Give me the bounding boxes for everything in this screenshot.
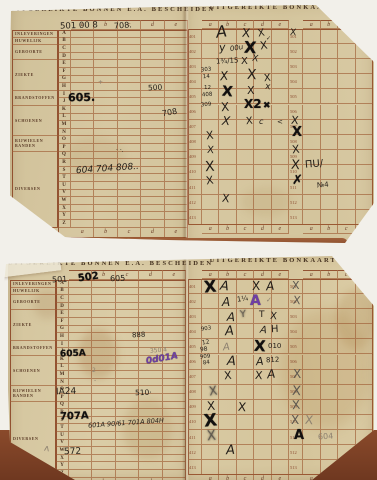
handwritten-mark: ʌ [43,445,50,455]
handwritten-mark: X [254,339,266,355]
handwritten-mark: A [227,311,236,323]
handwritten-mark: A [225,325,235,339]
handwritten-mark: 1¼ [237,295,249,303]
handwritten-mark: x [264,83,271,93]
handwritten-mark: X [207,146,215,156]
handwritten-mark: X [290,29,297,39]
handwritten-mark: X [219,70,228,83]
handwritten-mark: 604 [318,432,334,441]
handwriting-layer: 501 00 8708.+500605.708· ·.604 704 808..… [10,2,188,250]
handwritten-mark: X [291,159,301,173]
handwritten-mark: X [270,312,278,323]
handwritten-mark: X [247,68,257,82]
handwritten-mark: T [259,311,265,320]
column-header-cell: d [356,270,374,279]
bottom-card-spread: UITGEREIKTE BONNEN E.A. BESCHEIDEN abcde… [4,254,374,480]
column-header-cell: c [338,20,356,29]
handwritten-mark: 84 [203,361,211,367]
handwritten-mark: X [291,414,299,426]
handwritten-mark: 572 [64,448,81,458]
handwritten-mark: IA24 [56,388,77,398]
handwritten-mark: y [219,42,226,54]
bottom-left-page-bonnen: UITGEREIKTE BONNEN E.A. BESCHEIDEN abcde… [8,254,188,480]
handwritten-mark: 309 [201,102,212,109]
handwritten-mark: A [219,280,229,294]
handwritten-mark: X [241,57,248,67]
handwritten-mark: X [255,370,263,381]
handwritten-mark: c [259,118,263,126]
handwritten-mark: X [203,278,217,295]
bottom-right-page-bonkaarten: UITGEREIKTE BONKAARTEN abcdeabcd40150140… [186,254,374,480]
handwritten-mark: X [206,430,216,444]
handwritten-mark: X [247,85,255,96]
handwritten-mark: Y [240,310,247,320]
handwritten-mark: < [277,119,283,126]
handwritten-mark: 708. [114,21,132,30]
top-right-page-bonkaarten: UITGEREIKTE BONKAARTEN abcdeabcd40150140… [186,2,374,250]
handwritten-mark: 408 [202,93,213,99]
handwritten-mark: 010 [268,343,281,350]
handwritten-mark: H [271,325,279,335]
handwritten-mark: X [292,399,301,412]
footer-letter-cell: d [356,225,374,234]
handwritten-mark: X [292,385,302,398]
handwritten-mark: 812 [266,357,280,365]
handwritten-mark: 502 [77,272,99,285]
handwritten-mark: X [224,370,232,382]
scanned-document: { "titles": { "bonnen": "UITGEREIKTE BON… [0,0,377,480]
handwritten-mark: 12 [204,86,211,92]
handwritten-mark: ✓ [266,297,272,304]
handwritten-mark: X [222,115,231,127]
handwritten-mark: X [205,130,214,142]
handwritten-mark: 708 [161,108,177,119]
handwritten-mark: X [237,401,246,414]
handwritten-mark: A [222,343,230,354]
handwriting-layer: AXX✓Xy00uXX1¾/15XX30314XXX12408XXx309XX2… [186,2,374,250]
handwriting-layer: XAXAXA1¼A✓XAYTX903AAH1298AX01090984AA812… [186,254,374,480]
handwritten-mark: A [294,429,304,442]
handwritten-mark: A [259,326,267,337]
handwritten-mark: X [259,40,268,52]
handwritten-mark: X [205,160,215,174]
handwritten-mark: №4 [317,182,329,190]
handwritten-mark: 501 [52,276,68,285]
handwritten-mark: X [251,55,259,65]
handwritten-mark: X [221,85,233,100]
handwritten-mark: · ·. [116,148,124,154]
handwritten-mark: X [292,280,300,291]
handwritten-mark: A [222,296,230,308]
handwritten-mark: 510· [135,389,152,397]
handwritten-mark: X [221,101,230,114]
handwritten-mark: X [252,280,260,292]
top-left-page-bonnen: UITGEREIKTE BONNEN E.A. BESCHEIDEN abcde… [10,2,188,250]
grid-cell [356,29,374,44]
handwritten-mark: 903 [201,326,212,333]
handwritten-mark: A [250,294,261,308]
handwritten-mark: · [156,180,158,185]
handwritten-mark: ✖ [263,102,271,111]
handwritten-mark: X [293,295,301,307]
handwritten-mark: X [304,414,313,427]
handwritten-mark: 501 00 8 [60,21,98,31]
handwritten-mark: 601A 90/61 701A 804H [88,417,164,429]
handwritten-mark: 00u [229,44,243,53]
handwritten-mark: 605. [68,92,95,103]
handwritten-mark: X [208,384,218,397]
handwritten-mark: X2 [244,98,262,110]
handwritten-mark: X [221,193,230,205]
handwritten-mark: 500 [148,84,163,92]
handwritten-mark: ΠU/ [305,159,324,171]
handwritten-mark: A [266,368,275,381]
handwritten-mark: 707A [60,412,89,423]
handwritten-mark: - [94,378,96,384]
handwritten-mark: A [227,355,236,368]
handwritten-mark: X [203,412,218,430]
handwritten-mark: A [226,444,236,457]
top-card-spread: UITGEREIKTE BONNEN E.A. BESCHEIDEN abcde… [8,2,374,250]
handwritten-mark: 605A [60,350,86,360]
handwritten-mark: ✗ [292,174,303,187]
handwritten-mark: A [215,23,228,40]
handwritten-mark: 605 [110,275,126,284]
handwritten-mark: + [98,80,103,86]
handwritten-mark: A [265,280,274,293]
handwritten-mark: 888 [132,332,146,340]
handwritten-mark: X [246,117,254,128]
handwritten-mark: A [256,356,264,367]
handwritten-mark: 14 [203,75,210,81]
handwritten-mark: 2 [92,368,96,374]
handwritten-mark: X [292,126,302,139]
handwritten-mark: 1¾/15 [216,57,239,65]
handwritten-mark: 604 704 808.. [76,163,139,176]
handwriting-layer: 501502605888350 40d01A605A2-IA24510·707A… [8,254,188,480]
handwritten-mark: X [291,144,300,156]
handwritten-mark: X [293,368,301,380]
column-header-cell: d [356,20,374,29]
handwritten-mark: X [205,175,214,187]
handwritten-mark: 98 [200,347,208,354]
